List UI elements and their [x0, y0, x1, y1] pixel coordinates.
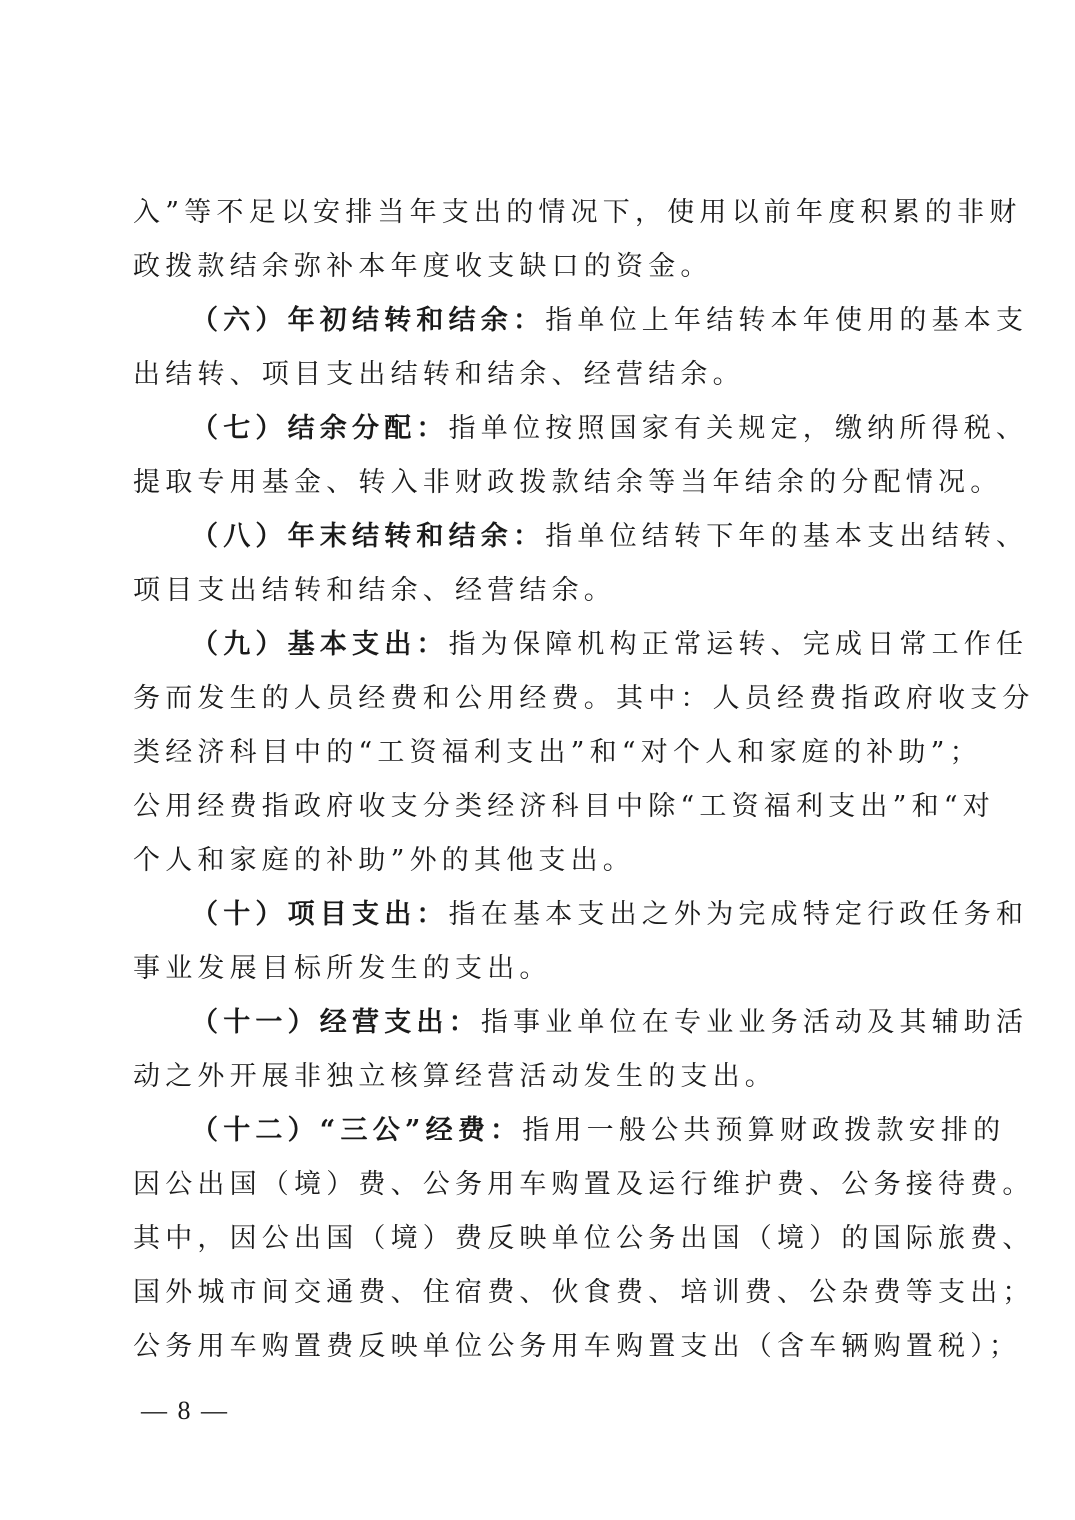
section-term: （八）年末结转和结余：	[191, 521, 545, 552]
body-text-line: 公务用车购置费反映单位公务用车购置支出（含车辆购置税）；	[133, 1320, 948, 1374]
section-term: （六）年初结转和结余：	[191, 305, 545, 336]
line-text: 提取专用基金、转入非财政拨款结余等当年结余的分配情况。	[133, 467, 1002, 498]
section-heading-line: （十）项目支出：指在基本支出之外为完成特定行政任务和	[133, 888, 948, 942]
section-term: （十）项目支出：	[191, 899, 449, 930]
line-text: 指为保障机构正常运转、完成日常工作任	[449, 629, 1029, 660]
body-text-line: 公用经费指政府收支分类经济科目中除“工资福利支出”和“对	[133, 780, 948, 834]
line-text: 指在基本支出之外为完成特定行政任务和	[449, 899, 1029, 930]
line-text: 事业发展目标所发生的支出。	[133, 953, 552, 984]
body-text-line: 入”等不足以安排当年支出的情况下，使用以前年度积累的非财	[133, 186, 948, 240]
body-text-line: 出结转、项目支出结转和结余、经营结余。	[133, 348, 948, 402]
line-text: 政拨款结余弥补本年度收支缺口的资金。	[133, 251, 713, 282]
body-text-line: 动之外开展非独立核算经营活动发生的支出。	[133, 1050, 948, 1104]
section-heading-line: （十一）经营支出：指事业单位在专业业务活动及其辅助活	[133, 996, 948, 1050]
line-text: 指单位上年结转本年使用的基本支	[545, 305, 1028, 336]
line-text: 出结转、项目支出结转和结余、经营结余。	[133, 359, 745, 390]
page-number: — 8 —	[141, 1396, 229, 1426]
section-heading-line: （九）基本支出：指为保障机构正常运转、完成日常工作任	[133, 618, 948, 672]
section-heading-line: （十二）“三公”经费：指用一般公共预算财政拨款安排的	[133, 1104, 948, 1158]
section-term: （九）基本支出：	[191, 629, 449, 660]
document-body: 入”等不足以安排当年支出的情况下，使用以前年度积累的非财政拨款结余弥补本年度收支…	[133, 186, 948, 1374]
body-text-line: 政拨款结余弥补本年度收支缺口的资金。	[133, 240, 948, 294]
line-text: 公务用车购置费反映单位公务用车购置支出（含车辆购置税）；	[133, 1331, 1021, 1362]
line-text: 入”等不足以安排当年支出的情况下，使用以前年度积累的非财	[133, 197, 1021, 228]
section-term: （七）结余分配：	[191, 413, 449, 444]
line-text: 类经济科目中的“工资福利支出”和“对个人和家庭的补助”；	[133, 737, 982, 768]
section-heading-line: （七）结余分配：指单位按照国家有关规定，缴纳所得税、	[133, 402, 948, 456]
body-text-line: 其中，因公出国（境）费反映单位公务出国（境）的国际旅费、	[133, 1212, 948, 1266]
body-text-line: 个人和家庭的补助”外的其他支出。	[133, 834, 948, 888]
line-text: 动之外开展非独立核算经营活动发生的支出。	[133, 1061, 777, 1092]
line-text: 指用一般公共预算财政拨款安排的	[522, 1115, 1005, 1146]
section-heading-line: （六）年初结转和结余：指单位上年结转本年使用的基本支	[133, 294, 948, 348]
body-text-line: 因公出国（境）费、公务用车购置及运行维护费、公务接待费。	[133, 1158, 948, 1212]
line-text: 务而发生的人员经费和公用经费。其中：人员经费指政府收支分	[133, 683, 1035, 714]
body-text-line: 提取专用基金、转入非财政拨款结余等当年结余的分配情况。	[133, 456, 948, 510]
line-text: 指单位按照国家有关规定，缴纳所得税、	[449, 413, 1029, 444]
line-text: 指事业单位在专业业务活动及其辅助活	[481, 1007, 1028, 1038]
section-heading-line: （八）年末结转和结余：指单位结转下年的基本支出结转、	[133, 510, 948, 564]
body-text-line: 国外城市间交通费、住宿费、伙食费、培训费、公杂费等支出；	[133, 1266, 948, 1320]
line-text: 项目支出结转和结余、经营结余。	[133, 575, 616, 606]
body-text-line: 事业发展目标所发生的支出。	[133, 942, 948, 996]
section-term: （十一）经营支出：	[191, 1007, 481, 1038]
body-text-line: 务而发生的人员经费和公用经费。其中：人员经费指政府收支分	[133, 672, 948, 726]
line-text: 个人和家庭的补助”外的其他支出。	[133, 845, 635, 876]
line-text: 因公出国（境）费、公务用车购置及运行维护费、公务接待费。	[133, 1169, 1035, 1200]
section-term: （十二）“三公”经费：	[191, 1115, 522, 1146]
body-text-line: 项目支出结转和结余、经营结余。	[133, 564, 948, 618]
line-text: 其中，因公出国（境）费反映单位公务出国（境）的国际旅费、	[133, 1223, 1035, 1254]
line-text: 指单位结转下年的基本支出结转、	[545, 521, 1028, 552]
line-text: 国外城市间交通费、住宿费、伙食费、培训费、公杂费等支出；	[133, 1277, 1035, 1308]
line-text: 公用经费指政府收支分类经济科目中除“工资福利支出”和“对	[133, 791, 995, 822]
body-text-line: 类经济科目中的“工资福利支出”和“对个人和家庭的补助”；	[133, 726, 948, 780]
